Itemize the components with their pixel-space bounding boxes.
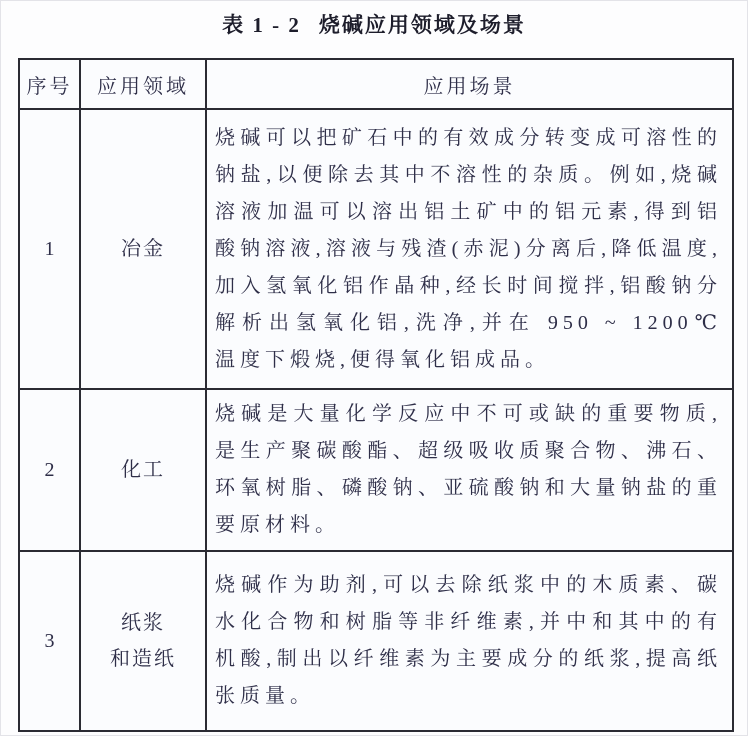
table-title-text: 烧碱应用领域及场景: [319, 13, 526, 37]
header-application-field: 应用领域: [80, 59, 206, 109]
table-title: 表 1 - 2烧碱应用领域及场景: [1, 9, 747, 39]
row2-scenario-text: 烧碱是大量化学反应中不可或缺的重要物质,是生产聚碳酸酯、超级吸收质聚合物、沸石、…: [206, 389, 733, 551]
row3-field-pulp-paper: 纸浆 和造纸: [80, 551, 206, 731]
table-row: 2 化工 烧碱是大量化学反应中不可或缺的重要物质,是生产聚碳酸酯、超级吸收质聚合…: [19, 389, 733, 551]
table-row: 1 冶金 烧碱可以把矿石中的有效成分转变成可溶性的钠盐,以便除去其中不溶性的杂质…: [19, 109, 733, 389]
row2-serial-number: 2: [19, 389, 80, 551]
row1-field-metallurgy: 冶金: [80, 109, 206, 389]
header-serial-number: 序号: [19, 59, 80, 109]
table-row: 3 纸浆 和造纸 烧碱作为助剂,可以去除纸浆中的木质素、碳水化合物和树脂等非纤维…: [19, 551, 733, 731]
table-number-label: 表 1 - 2: [222, 13, 301, 37]
header-row: 序号 应用领域 应用场景: [19, 59, 733, 109]
row3-serial-number: 3: [19, 551, 80, 731]
row2-field-chemical: 化工: [80, 389, 206, 551]
row3-scenario-text: 烧碱作为助剂,可以去除纸浆中的木质素、碳水化合物和树脂等非纤维素,并中和其中的有…: [206, 551, 733, 731]
scanned-document-page: 表 1 - 2烧碱应用领域及场景 序号 应用领域 应用场景 1 冶金 烧碱可以把…: [0, 0, 748, 736]
row1-scenario-text: 烧碱可以把矿石中的有效成分转变成可溶性的钠盐,以便除去其中不溶性的杂质。例如,烧…: [206, 109, 733, 389]
row1-serial-number: 1: [19, 109, 80, 389]
caustic-soda-application-table: 序号 应用领域 应用场景 1 冶金 烧碱可以把矿石中的有效成分转变成可溶性的钠盐…: [18, 58, 734, 732]
header-application-scenario: 应用场景: [206, 59, 733, 109]
